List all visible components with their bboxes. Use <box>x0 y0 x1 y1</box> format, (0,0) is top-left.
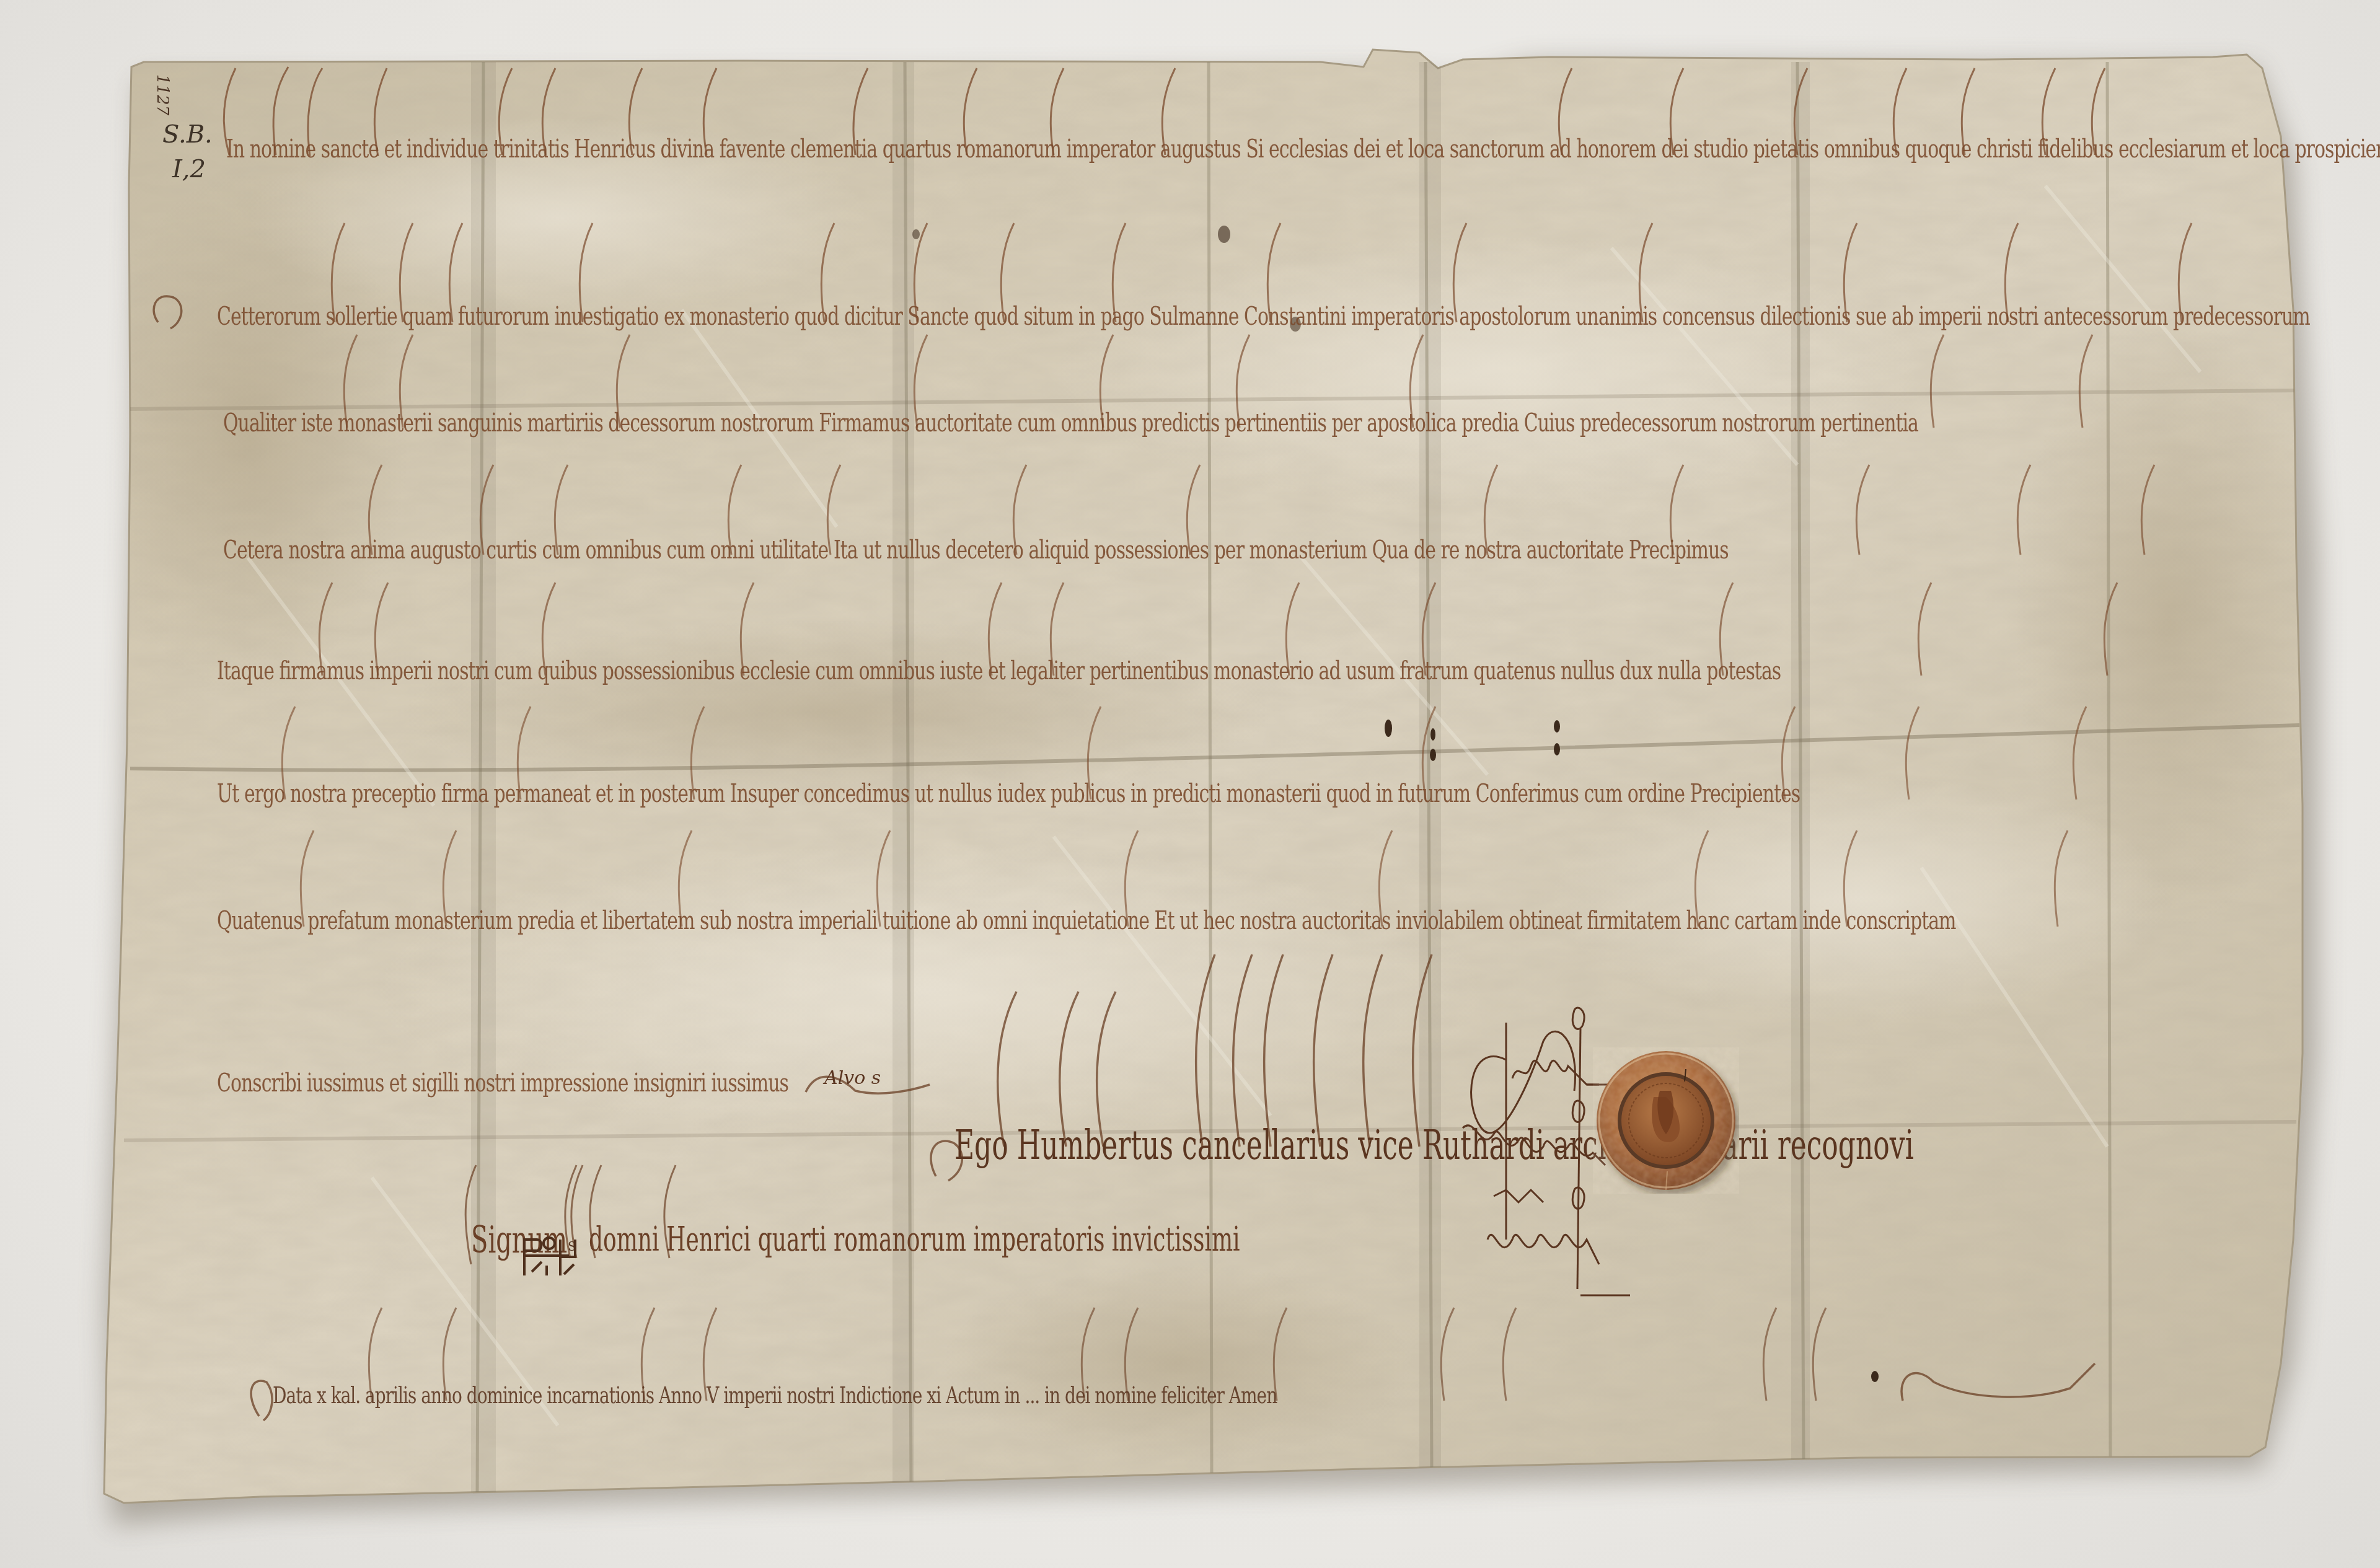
wax-seal <box>1593 1047 1739 1194</box>
signum-text: domni Henrici quarti romanorum imperator… <box>589 1221 1240 1259</box>
dating-clause: Data x kal. aprilis anno dominice incarn… <box>273 1381 1277 1409</box>
svg-text:S: S <box>568 1239 576 1254</box>
shelfmark-line-2: I,2 <box>172 155 206 183</box>
text-line-1: In nomine sancte et individue trinitatis… <box>226 135 2380 164</box>
text-line-4: Cetera nostra anima augusto curtis cum o… <box>223 536 1729 565</box>
text-line-8: Conscribi iussimus et sigilli nostri imp… <box>217 1069 788 1098</box>
text-line-7: Quatenus prefatum monasterium predia et … <box>217 907 1956 936</box>
text-line-6: Ut ergo nostra preceptio firma permaneat… <box>217 780 1800 809</box>
text-line-5: Itaque firmamus imperii nostri cum quibu… <box>217 657 1781 686</box>
text-line-3: Qualiter iste monasterii sanguinis marti… <box>223 409 1918 438</box>
recognition-note: Alvo s <box>824 1067 881 1089</box>
text-line-2: Cetterorum sollertie quam futurorum inue… <box>217 302 2310 332</box>
shelfmark-line-1: S.B. <box>162 120 213 149</box>
archive-number: 1127 <box>148 74 177 115</box>
chancery-subscription: Ego Humbertus cancellarius vice Ruthardi… <box>954 1122 1914 1169</box>
imperial-monogram: S <box>519 1232 580 1283</box>
